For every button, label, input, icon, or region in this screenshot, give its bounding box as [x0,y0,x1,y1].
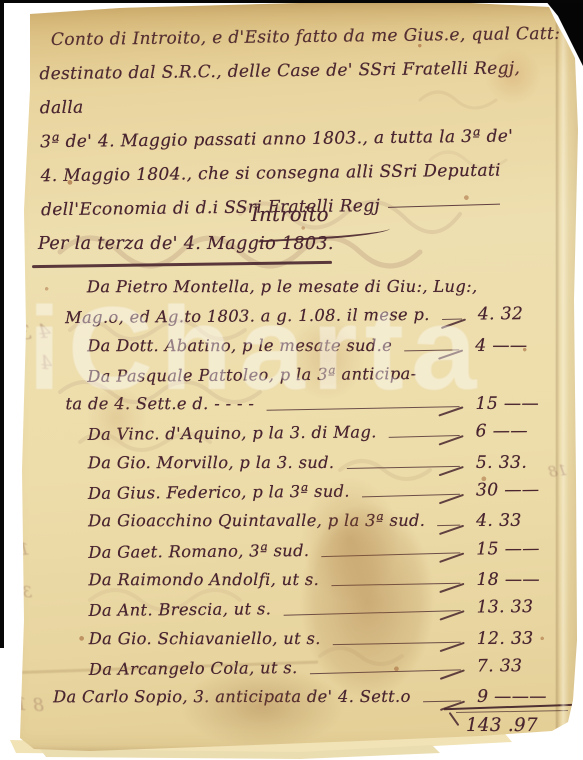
manuscript-page: iCharta Conto di Introito, e d'Esito fat… [0,0,583,760]
leader-line [310,669,461,674]
entry-text: Da Gioacchino Quintavalle, p la 3ª sud. [38,511,425,530]
section-title: Introito [40,203,540,226]
entry-row: Da Gioacchino Quintavalle, p la 3ª sud.4… [38,511,572,541]
entry-amount: 4 —— [475,335,571,355]
entry-row: Da Pasquale Pattoleo, p la 3ª anticipa- [37,363,571,397]
entry-text: Da Vinc. d'Aquino, p la 3. di Mag. [38,423,377,445]
entry-amount: 13. 33 [476,597,572,618]
entry-amount: 7. 33 [477,656,573,677]
entry-amount: 6 —— [476,421,572,442]
header-block: Conto di Introito, e d'Esito fatto da me… [39,17,565,227]
entry-amount: 4. 32 [478,304,571,325]
leader-line [333,641,461,644]
leader-line [442,319,462,321]
entry-row: Da Dott. Abatino, p le mesate sud.e4 —— [37,335,571,365]
leader-line [266,406,459,411]
scan-black-bar-left [0,0,4,648]
entry-text: Da Raimondo Andolfi, ut s. [38,570,319,589]
bleedthrough-number: 30 [11,581,33,601]
total-rule-secondary [456,710,568,713]
entry-text: Da Gius. Federico, p la 3ª sud. [38,482,350,504]
leader-line [362,494,460,498]
total-amount: 143 .97 [444,715,583,736]
bleedthrough-number: 4 32 [5,318,51,345]
bleedthrough-number: 8 15 [3,693,44,716]
entry-row: Da Gio. Schiavaniello, ut s.12. 33 [39,628,573,658]
entry-text: Da Pasquale Pattoleo, p la 3ª anticipa- [37,364,416,386]
entry-text: Da Gio. Morvillo, p la 3. sud. [38,453,335,472]
leader-line [283,610,460,616]
entry-row: Da Vinc. d'Aquino, p la 3. di Mag.6 —— [38,421,572,455]
bleedthrough-number: 18 [547,461,568,481]
scan-black-bar-top [0,0,583,3]
entry-text: Da Dott. Abatino, p le mesate sud.e [37,336,392,355]
entry-amount: 4. 33 [476,511,572,531]
entry-row: Da Gaet. Romano, 3ª sud.15 —— [38,538,572,572]
entry-text: Da Carlo Sopio, 3. anticipata de' 4. Set… [39,687,411,706]
entry-text: Da Pietro Montella, p le mesate di Giu:,… [37,277,478,296]
entry-text: ta de 4. Sett.e d. - - - - [38,394,255,413]
header-line: destinato dal S.R.C., delle Case de' SSr… [39,51,564,125]
leader-line [346,466,459,469]
leader-line [321,552,460,557]
entry-amount: 30 —— [476,480,572,501]
entry-row: Da Raimondo Andolfi, ut s.18 —— [38,570,572,600]
leader-line [331,583,460,586]
entry-amount: 15 —— [476,538,572,559]
bleedthrough-number: 4 [39,351,53,374]
subtitle-underline [32,261,332,268]
bleedthrough-number: 15 [7,539,30,560]
entry-row: Da Pietro Montella, p le mesate di Giu:,… [37,277,571,307]
entry-text: Da Gaet. Romano, 3ª sud. [38,541,309,562]
entry-row: Da Gius. Federico, p la 3ª sud.30 —— [38,480,572,514]
entry-amount: 12. 33 [477,628,573,648]
leader-line [437,525,460,526]
entry-row: ta de 4. Sett.e d. - - - -15 —— [38,394,572,424]
entry-amount: 18 —— [476,570,572,590]
scanned-manuscript: iCharta Conto di Introito, e d'Esito fat… [0,0,583,760]
entry-amount: 15 —— [476,394,572,414]
entry-row: Da Gio. Morvillo, p la 3. sud.5. 33. [38,453,572,483]
total-block: 143 .97 [444,706,583,736]
entry-text: Mag.o, ed Ag.to 1803. a g. 1.08. il mese… [37,305,430,327]
leader-line [423,701,461,703]
leader-line [404,349,459,351]
entries-list: Da Pietro Montella, p le mesate di Giu:,… [37,276,573,718]
entry-text: Da Ant. Brescia, ut s. [38,600,271,621]
entry-row: Da Ant. Brescia, ut s.13. 33 [38,597,572,631]
entry-row: Mag.o, ed Ag.to 1803. a g. 1.08. il mese… [37,304,571,338]
entry-text: Da Gio. Schiavaniello, ut s. [39,629,321,648]
leader-line [389,436,460,439]
subtitle: Per la terza de' 4. Maggio 1803. [38,234,334,254]
